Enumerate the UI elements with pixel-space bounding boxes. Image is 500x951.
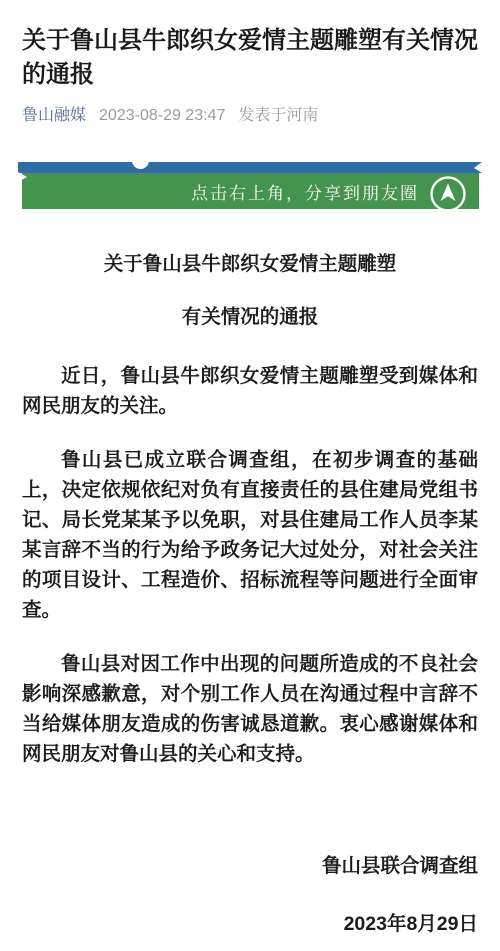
publish-time: 2023-08-29 23:47 — [99, 106, 225, 126]
article-heading-line2: 有关情况的通报 — [22, 302, 478, 332]
ribbon-front-bar: 点击右上角，分享到朋友圈 — [22, 173, 479, 209]
byline: 鲁山融媒 2023-08-29 23:47 发表于河南 — [0, 106, 500, 126]
share-banner[interactable]: 点击右上角，分享到朋友圈 — [18, 162, 482, 209]
ribbon-back-bar — [18, 162, 482, 173]
article-page: 关于鲁山县牛郎织女爱情主题雕塑有关情况的通报 鲁山融媒 2023-08-29 2… — [0, 0, 500, 951]
ribbon-fold-left — [18, 172, 27, 182]
share-banner-text: 点击右上角，分享到朋友圈 — [191, 179, 419, 204]
ribbon-notch — [132, 152, 149, 169]
article-date: 2023年8月29日 — [22, 909, 478, 939]
page-title: 关于鲁山县牛郎织女爱情主题雕塑有关情况的通报 — [0, 0, 500, 92]
article-signature: 鲁山县联合调查组 — [22, 851, 478, 881]
share-arrow-icon — [429, 175, 467, 213]
article-paragraph: 近日，鲁山县牛郎织女爱情主题雕塑受到媒体和网民朋友的关注。 — [22, 361, 478, 421]
article-paragraph: 鲁山县已成立联合调查组，在初步调查的基础上，决定依规依纪对负有直接责任的县住建局… — [22, 445, 478, 625]
article-body: 关于鲁山县牛郎织女爱情主题雕塑 有关情况的通报 近日，鲁山县牛郎织女爱情主题雕塑… — [0, 209, 500, 939]
account-name[interactable]: 鲁山融媒 — [22, 106, 86, 126]
article-paragraph: 鲁山县对因工作中出现的问题所造成的不良社会影响深感歉意，对个别工作人员在沟通过程… — [22, 649, 478, 769]
publish-location: 发表于河南 — [238, 106, 318, 126]
article-heading-line1: 关于鲁山县牛郎织女爱情主题雕塑 — [22, 249, 478, 279]
